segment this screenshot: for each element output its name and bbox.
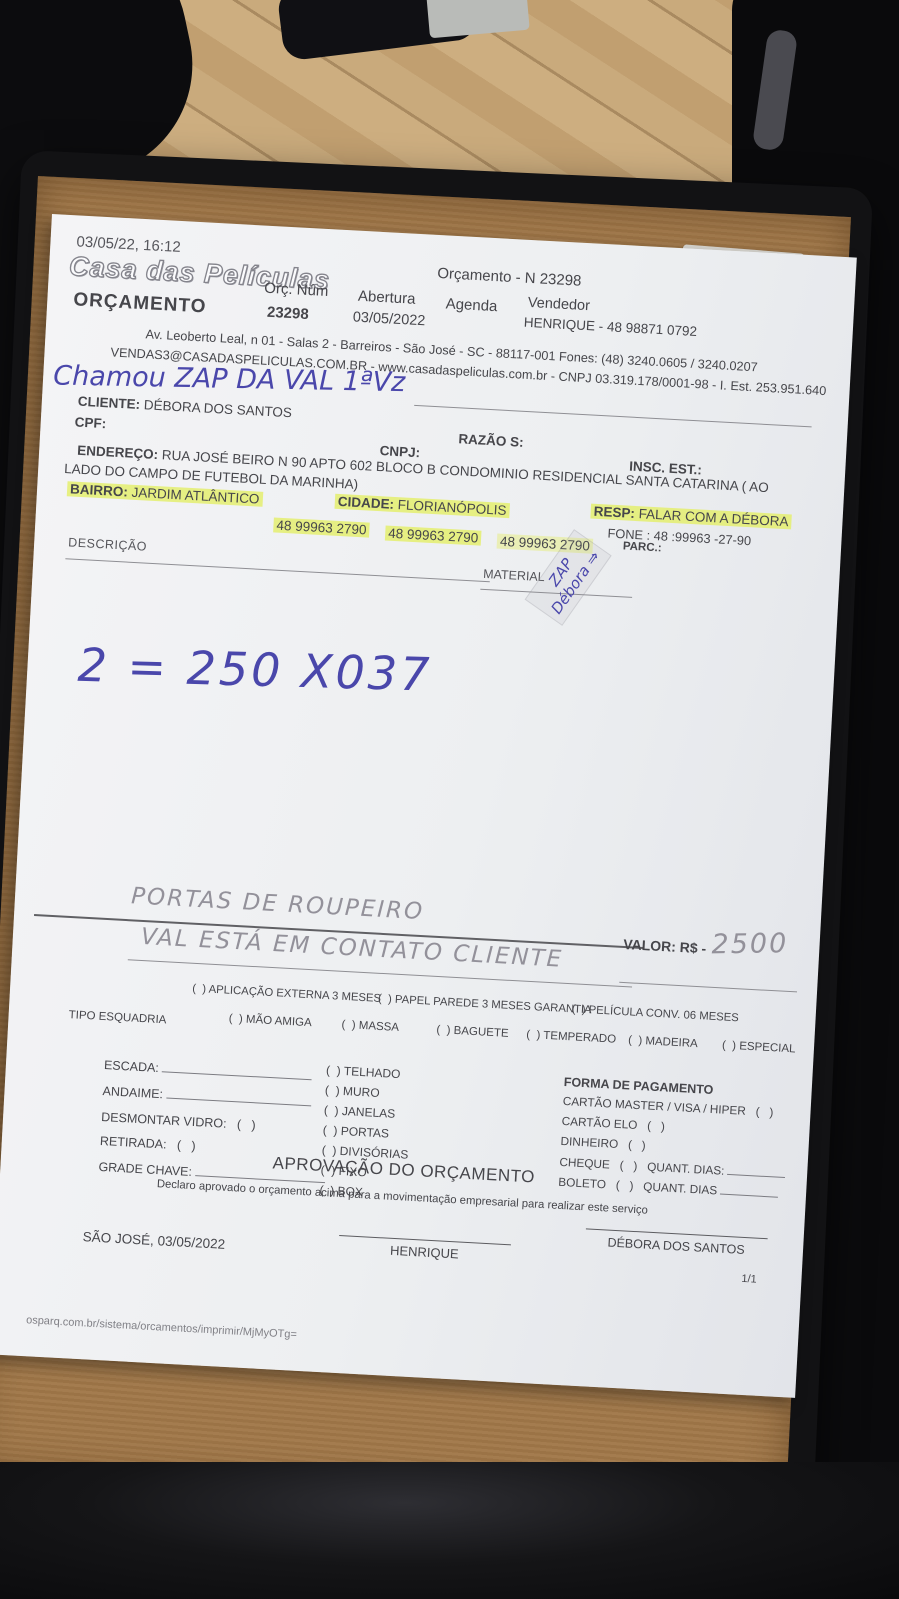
esquadria-option-2: ( ) MASSA (341, 1019, 399, 1035)
warranty-option-3: ( ) PELÍCULA CONV. 06 MESES (571, 1003, 739, 1025)
esquadria-option-1: ( ) MÃO AMIGA (228, 1013, 312, 1031)
surface-telhado: ( ) TELHADO (326, 1064, 401, 1082)
payment-title: FORMA DE PAGAMENTO (563, 1075, 713, 1097)
divider-line (414, 405, 811, 428)
cpf-label: CPF: (74, 415, 106, 432)
phone-2: 48 99963 2790 (385, 525, 482, 546)
vendedor-value: HENRIQUE - 48 98871 0792 (523, 315, 697, 340)
orcamento-ref: Orçamento - N 23298 (437, 265, 582, 290)
cheque-dias-line (727, 1164, 786, 1178)
esquadria-label: TIPO ESQUADRIA (68, 1009, 166, 1027)
cidade-highlight: CIDADE: FLORIANÓPOLIS (334, 494, 509, 518)
bairro-label: BAIRRO: (70, 481, 128, 499)
esquadria-option-6: ( ) ESPECIAL (722, 1039, 796, 1056)
cliente-value: DÉBORA DOS SANTOS (143, 397, 292, 420)
agenda-label: Agenda (445, 295, 498, 315)
bairro-value: JARDIM ATLÂNTICO (131, 485, 260, 507)
page-indicator: 1/1 (741, 1273, 757, 1286)
handwritten-measure: 2 = 250 X037 (77, 639, 433, 702)
esquadria-option-4: ( ) TEMPERADO (526, 1029, 616, 1047)
surface-muro: ( ) MURO (325, 1084, 380, 1101)
cliente-label: CLIENTE: (78, 394, 141, 412)
warranty-option-1: ( ) APLICAÇÃO EXTERNA 3 MESES (192, 983, 381, 1006)
surface-portas: ( ) PORTAS (322, 1124, 389, 1141)
photo-scene: Prancheta Oficio/A4 - Wire 03/05/22, 16:… (0, 0, 899, 1599)
descricao-line (65, 558, 489, 582)
signature2-name: DÉBORA DOS SANTOS (585, 1234, 768, 1258)
phone-1: 48 99963 2790 (273, 517, 370, 538)
andaime-field: ANDAIME: (102, 1084, 311, 1110)
esquadria-option-3: ( ) BAGUETE (436, 1024, 509, 1041)
valor-label: VALOR: R$ - (623, 936, 707, 957)
descricao-label: DESCRIÇÃO (68, 535, 147, 554)
cidade-label: CIDADE: (337, 494, 394, 512)
chair-sheen (752, 28, 798, 151)
service-line1: PORTAS DE ROUPEIRO (130, 883, 424, 925)
orc-num-label: Orç. Núm (264, 280, 329, 301)
endereco-label: ENDEREÇO: (77, 443, 159, 462)
handwritten-note-top: Chamou ZAP DA VAL 1ªVz (53, 360, 406, 398)
andaime-blank-line (166, 1087, 311, 1106)
signature1-name: HENRIQUE (338, 1241, 511, 1265)
dark-bag-bottom (0, 1462, 899, 1599)
valor-rule (619, 982, 797, 993)
dark-edge-right (861, 270, 899, 1430)
abertura-date: 03/05/2022 (352, 309, 425, 330)
abertura-label: Abertura (358, 288, 416, 308)
razao-label: RAZÃO S: (458, 431, 524, 450)
escada-blank-line (162, 1061, 312, 1080)
cnpj-label: CNPJ: (379, 443, 420, 461)
budget-form-paper: 03/05/22, 16:12 Casa das Películas ORÇAM… (0, 214, 857, 1398)
desmontar-field: DESMONTAR VIDRO: ( ) (101, 1110, 256, 1133)
footer-url: osparq.com.br/sistema/orcamentos/imprimi… (26, 1314, 297, 1341)
vendedor-label: Vendedor (527, 295, 590, 315)
parc-label: PARC.: (622, 540, 661, 555)
orc-num-value: 23298 (267, 304, 310, 323)
cliente-row: CLIENTE: DÉBORA DOS SANTOS (77, 394, 292, 421)
cidade-value: FLORIANÓPOLIS (397, 497, 506, 518)
esquadria-option-5: ( ) MADEIRA (628, 1034, 698, 1051)
payment-card-elo: CARTÃO ELO ( ) (561, 1115, 665, 1134)
doc-type-title: ORÇAMENTO (73, 289, 207, 318)
resp-label: RESP: (593, 504, 635, 521)
escada-field: ESCADA: (104, 1058, 313, 1084)
surface-janelas: ( ) JANELAS (324, 1104, 396, 1122)
city-date: SÃO JOSÉ, 03/05/2022 (82, 1229, 225, 1252)
warranty-option-2: ( ) PAPEL PAREDE 3 MESES GARANTIA (378, 993, 592, 1018)
resp-value: FALAR COM A DÉBORA (638, 506, 789, 529)
cidade-row: CIDADE: FLORIANÓPOLIS (334, 494, 509, 519)
valor-handwritten: 2500 (711, 928, 788, 960)
payment-dinheiro: DINHEIRO ( ) (560, 1135, 646, 1153)
